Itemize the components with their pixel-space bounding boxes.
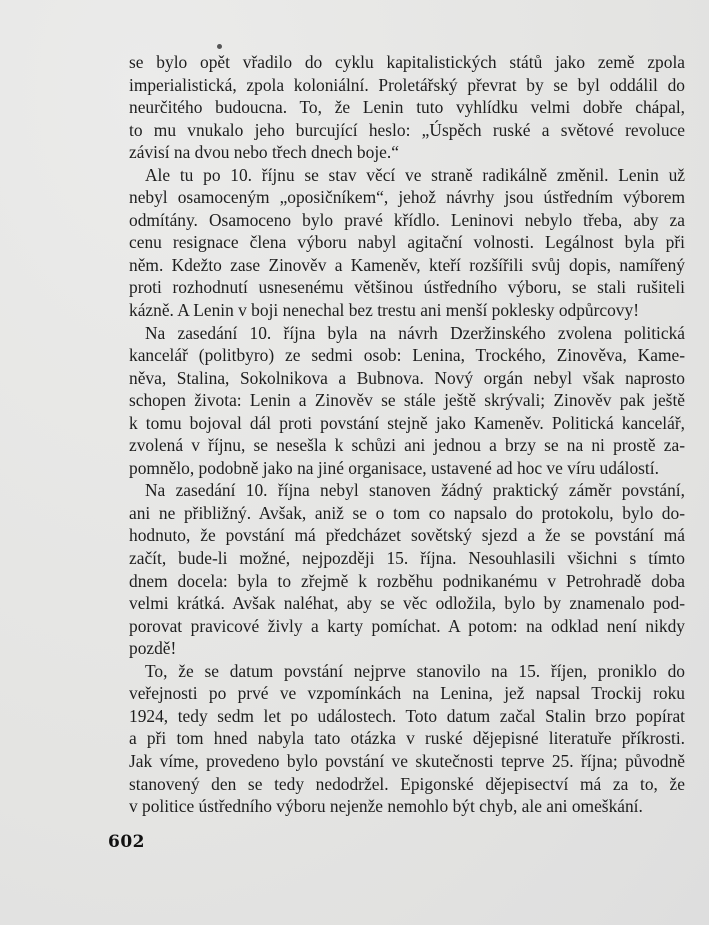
text-line: nebyl osamoceným „oposičníkem“, jehož ná…: [129, 186, 685, 209]
text-line: schopen života: Lenin a Zinověv se stále…: [129, 389, 685, 412]
text-line: neurčitého budoucna. To, že Lenin tuto v…: [129, 96, 685, 119]
paragraph: Ale tu po 10. říjnu se stav věcí ve stra…: [129, 164, 685, 322]
text-line: Na zasedání 10. října nebyl stanoven žád…: [129, 479, 685, 502]
text-line: kancelář (politbyro) ze sedmi osob: Leni…: [129, 344, 685, 367]
text-line: a při tom hned nabyla tato otázka v rusk…: [129, 727, 685, 750]
body-text: se bylo opět vřadilo do cyklu kapitalist…: [129, 51, 685, 818]
text-line: k tomu bojoval dál proti povstání stejně…: [129, 412, 685, 435]
text-line: zvolená v říjnu, se nesešla k schůzi ani…: [129, 434, 685, 457]
text-line: hodnuto, že povstání má předcházet sovět…: [129, 524, 685, 547]
book-page: se bylo opět vřadilo do cyklu kapitalist…: [0, 0, 709, 925]
text-line: veřejnosti po prvé ve vzpomínkách na Len…: [129, 682, 685, 705]
text-line: něm. Kdežto zase Zinověv a Kameněv, kteř…: [129, 254, 685, 277]
text-line: pomnělo, podobně jako na jiné organisace…: [129, 457, 685, 480]
paragraph: Na zasedání 10. října nebyl stanoven žád…: [129, 479, 685, 659]
text-line: imperialistická, zpola koloniální. Prole…: [129, 74, 685, 97]
text-line: Na zasedání 10. října byla na návrh Dzer…: [129, 322, 685, 345]
text-line: stanovený den se tedy nedodržel. Epigons…: [129, 773, 685, 796]
text-line: To, že se datum povstání nejprve stanovi…: [129, 660, 685, 683]
text-line: závisí na dvou nebo třech dnech boje.“: [129, 141, 685, 164]
text-line: odmítány. Osamoceno bylo pravé křídlo. L…: [129, 209, 685, 232]
text-line: ani ne přibližný. Avšak, aniž se o tom c…: [129, 502, 685, 525]
print-speck: [217, 44, 222, 49]
text-line: dnem docela: byla to zřejmě k rozběhu po…: [129, 570, 685, 593]
text-line: to mu vnukalo jeho burcující heslo: „Úsp…: [129, 119, 685, 142]
text-line: kázně. A Lenin v boji nenechal bez trest…: [129, 299, 685, 322]
text-line: začít, bude-li možné, nejpozději 15. říj…: [129, 547, 685, 570]
text-line: velmi krátká. Avšak naléhat, aby se věc …: [129, 592, 685, 615]
text-line: cenu resignace člena výboru nabyl agitač…: [129, 231, 685, 254]
text-line: proti rozhodnutí usnesenému většinou úst…: [129, 276, 685, 299]
paragraph: To, že se datum povstání nejprve stanovi…: [129, 660, 685, 818]
text-line: pozdě!: [129, 637, 685, 660]
text-line: 1924, tedy sedm let po událostech. Toto …: [129, 705, 685, 728]
text-line: něva, Stalina, Sokolnikova a Bubnova. No…: [129, 367, 685, 390]
text-line: Ale tu po 10. říjnu se stav věcí ve stra…: [129, 164, 685, 187]
text-line: v politice ústředního výboru nejenže nem…: [129, 795, 685, 818]
text-line: Jak víme, provedeno bylo povstání ve sku…: [129, 750, 685, 773]
paragraph: se bylo opět vřadilo do cyklu kapitalist…: [129, 51, 685, 164]
text-line: porovat pravicové živly a karty pomíchat…: [129, 615, 685, 638]
page-number: 602: [108, 832, 145, 852]
text-line: se bylo opět vřadilo do cyklu kapitalist…: [129, 51, 685, 74]
paragraph: Na zasedání 10. října byla na návrh Dzer…: [129, 322, 685, 480]
